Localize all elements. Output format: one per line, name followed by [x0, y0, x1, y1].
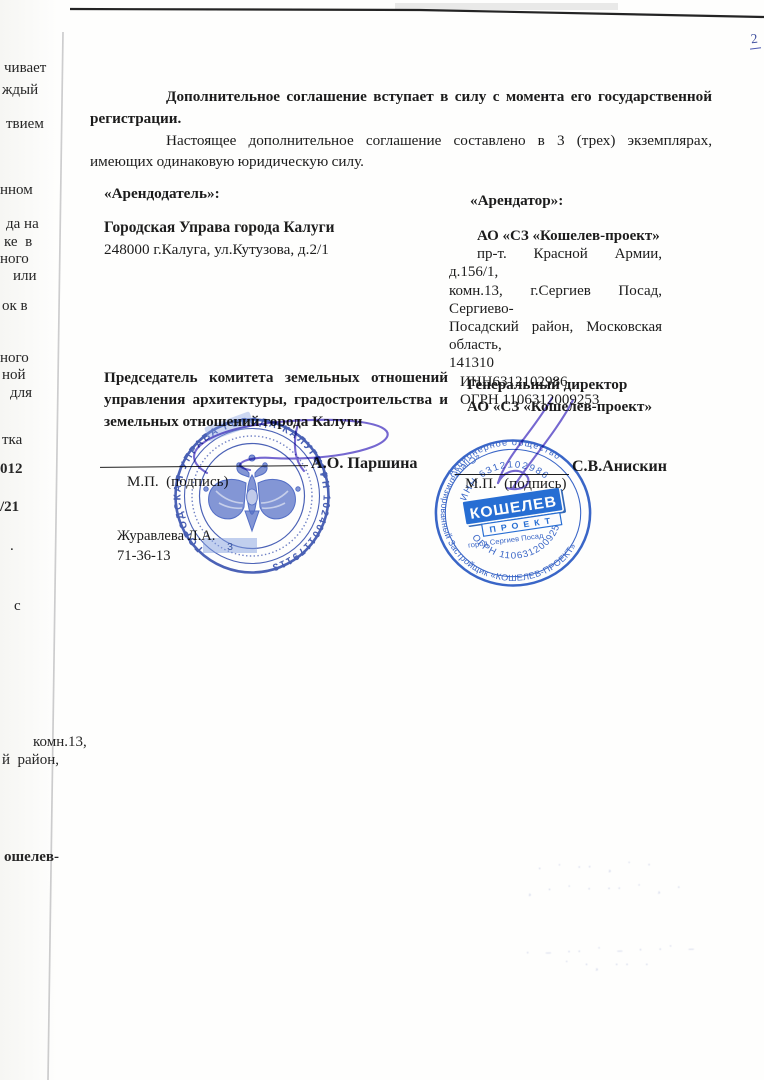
page-corner-number: 2	[748, 30, 761, 49]
margin-fragment: чивает	[4, 60, 46, 77]
margin-fragment: .	[10, 538, 14, 555]
margin-fragment: тка	[2, 432, 22, 449]
lessee-address-line: Посадский район, Московская область,	[449, 318, 662, 354]
lessee-address-line: пр-т. Красной Армии, д.156/1,	[449, 245, 662, 281]
scan-fold-shading	[0, 0, 58, 1080]
margin-fragment: для	[10, 385, 32, 402]
lessee-signer-title-line: Генеральный директор	[467, 374, 652, 396]
double-eagle-emblem	[204, 455, 300, 531]
kaluga-city-stamp: ГОРОДСКАЯ УПРАВА ГОРОДА КАЛУГИ ✦ ОГРН 10…	[163, 407, 341, 585]
paragraph-entry-into-force: Дополнительное соглашение вступает в сил…	[90, 86, 712, 130]
lessee-name: АО «СЗ «Кошелев-проект»	[449, 227, 662, 245]
stamp-residue-mark: ˙ ·¸ ·· ·	[565, 960, 655, 971]
margin-fragment: ной	[2, 367, 26, 384]
stamp-box-number: 3	[227, 541, 233, 553]
margin-fragment: комн.13,	[33, 734, 87, 751]
stamp-residue-mark: · ˙ ·· ¸ ˙ ·	[538, 860, 658, 875]
margin-fragment: ошелев-	[4, 849, 59, 866]
margin-fragment: ок в	[2, 298, 28, 315]
lessee-signer-title-line: АО «СЗ «Кошелев-проект»	[467, 396, 652, 418]
lessor-heading: «Арендодатель»:	[104, 185, 220, 203]
lessee-address-line: комн.13, г.Сергиев Посад, Сергиево-	[449, 282, 662, 318]
stamp-ink-blotch	[204, 411, 254, 442]
paragraph-copies: Настоящее дополнительное соглашение сост…	[90, 130, 712, 174]
margin-fragment: твием	[6, 116, 44, 133]
margin-fragment: нном	[0, 182, 33, 199]
lessor-address: 248000 г.Калуга, ул.Кутузова, д.2/1	[104, 241, 329, 259]
margin-fragment: й район,	[2, 752, 59, 769]
margin-fragment: ного	[0, 350, 29, 367]
margin-fragment: ке в	[4, 234, 32, 251]
margin-fragment: с	[14, 598, 21, 615]
margin-fragment: 012	[0, 461, 23, 478]
margin-fragment: или	[13, 268, 37, 285]
stamp-residue-mark: ¸ · ˙ · ·· ˙ ¸ ·	[528, 883, 688, 897]
margin-fragment: /21	[0, 499, 19, 516]
stamp-residue-mark: · – ·· ˙ – · ·˙ –	[526, 944, 701, 960]
lessee-address-line: 141310	[449, 354, 662, 372]
lessor-name: Городская Управа города Калуги	[104, 219, 335, 237]
lessee-signer-title: Генеральный директор АО «СЗ «Кошелев-про…	[467, 374, 652, 418]
agreement-body: Дополнительное соглашение вступает в сил…	[90, 86, 712, 173]
lessee-heading: «Арендатор»:	[470, 192, 563, 210]
document-page: 2 чивает ждый твием нном да на ке в ного…	[0, 0, 764, 1080]
margin-fragment: ного	[0, 251, 29, 268]
koshelev-company-stamp: Акционерное общество «Специализированный…	[429, 434, 597, 592]
margin-fragment: да на	[6, 216, 39, 233]
margin-fragment: ждый	[2, 82, 38, 99]
